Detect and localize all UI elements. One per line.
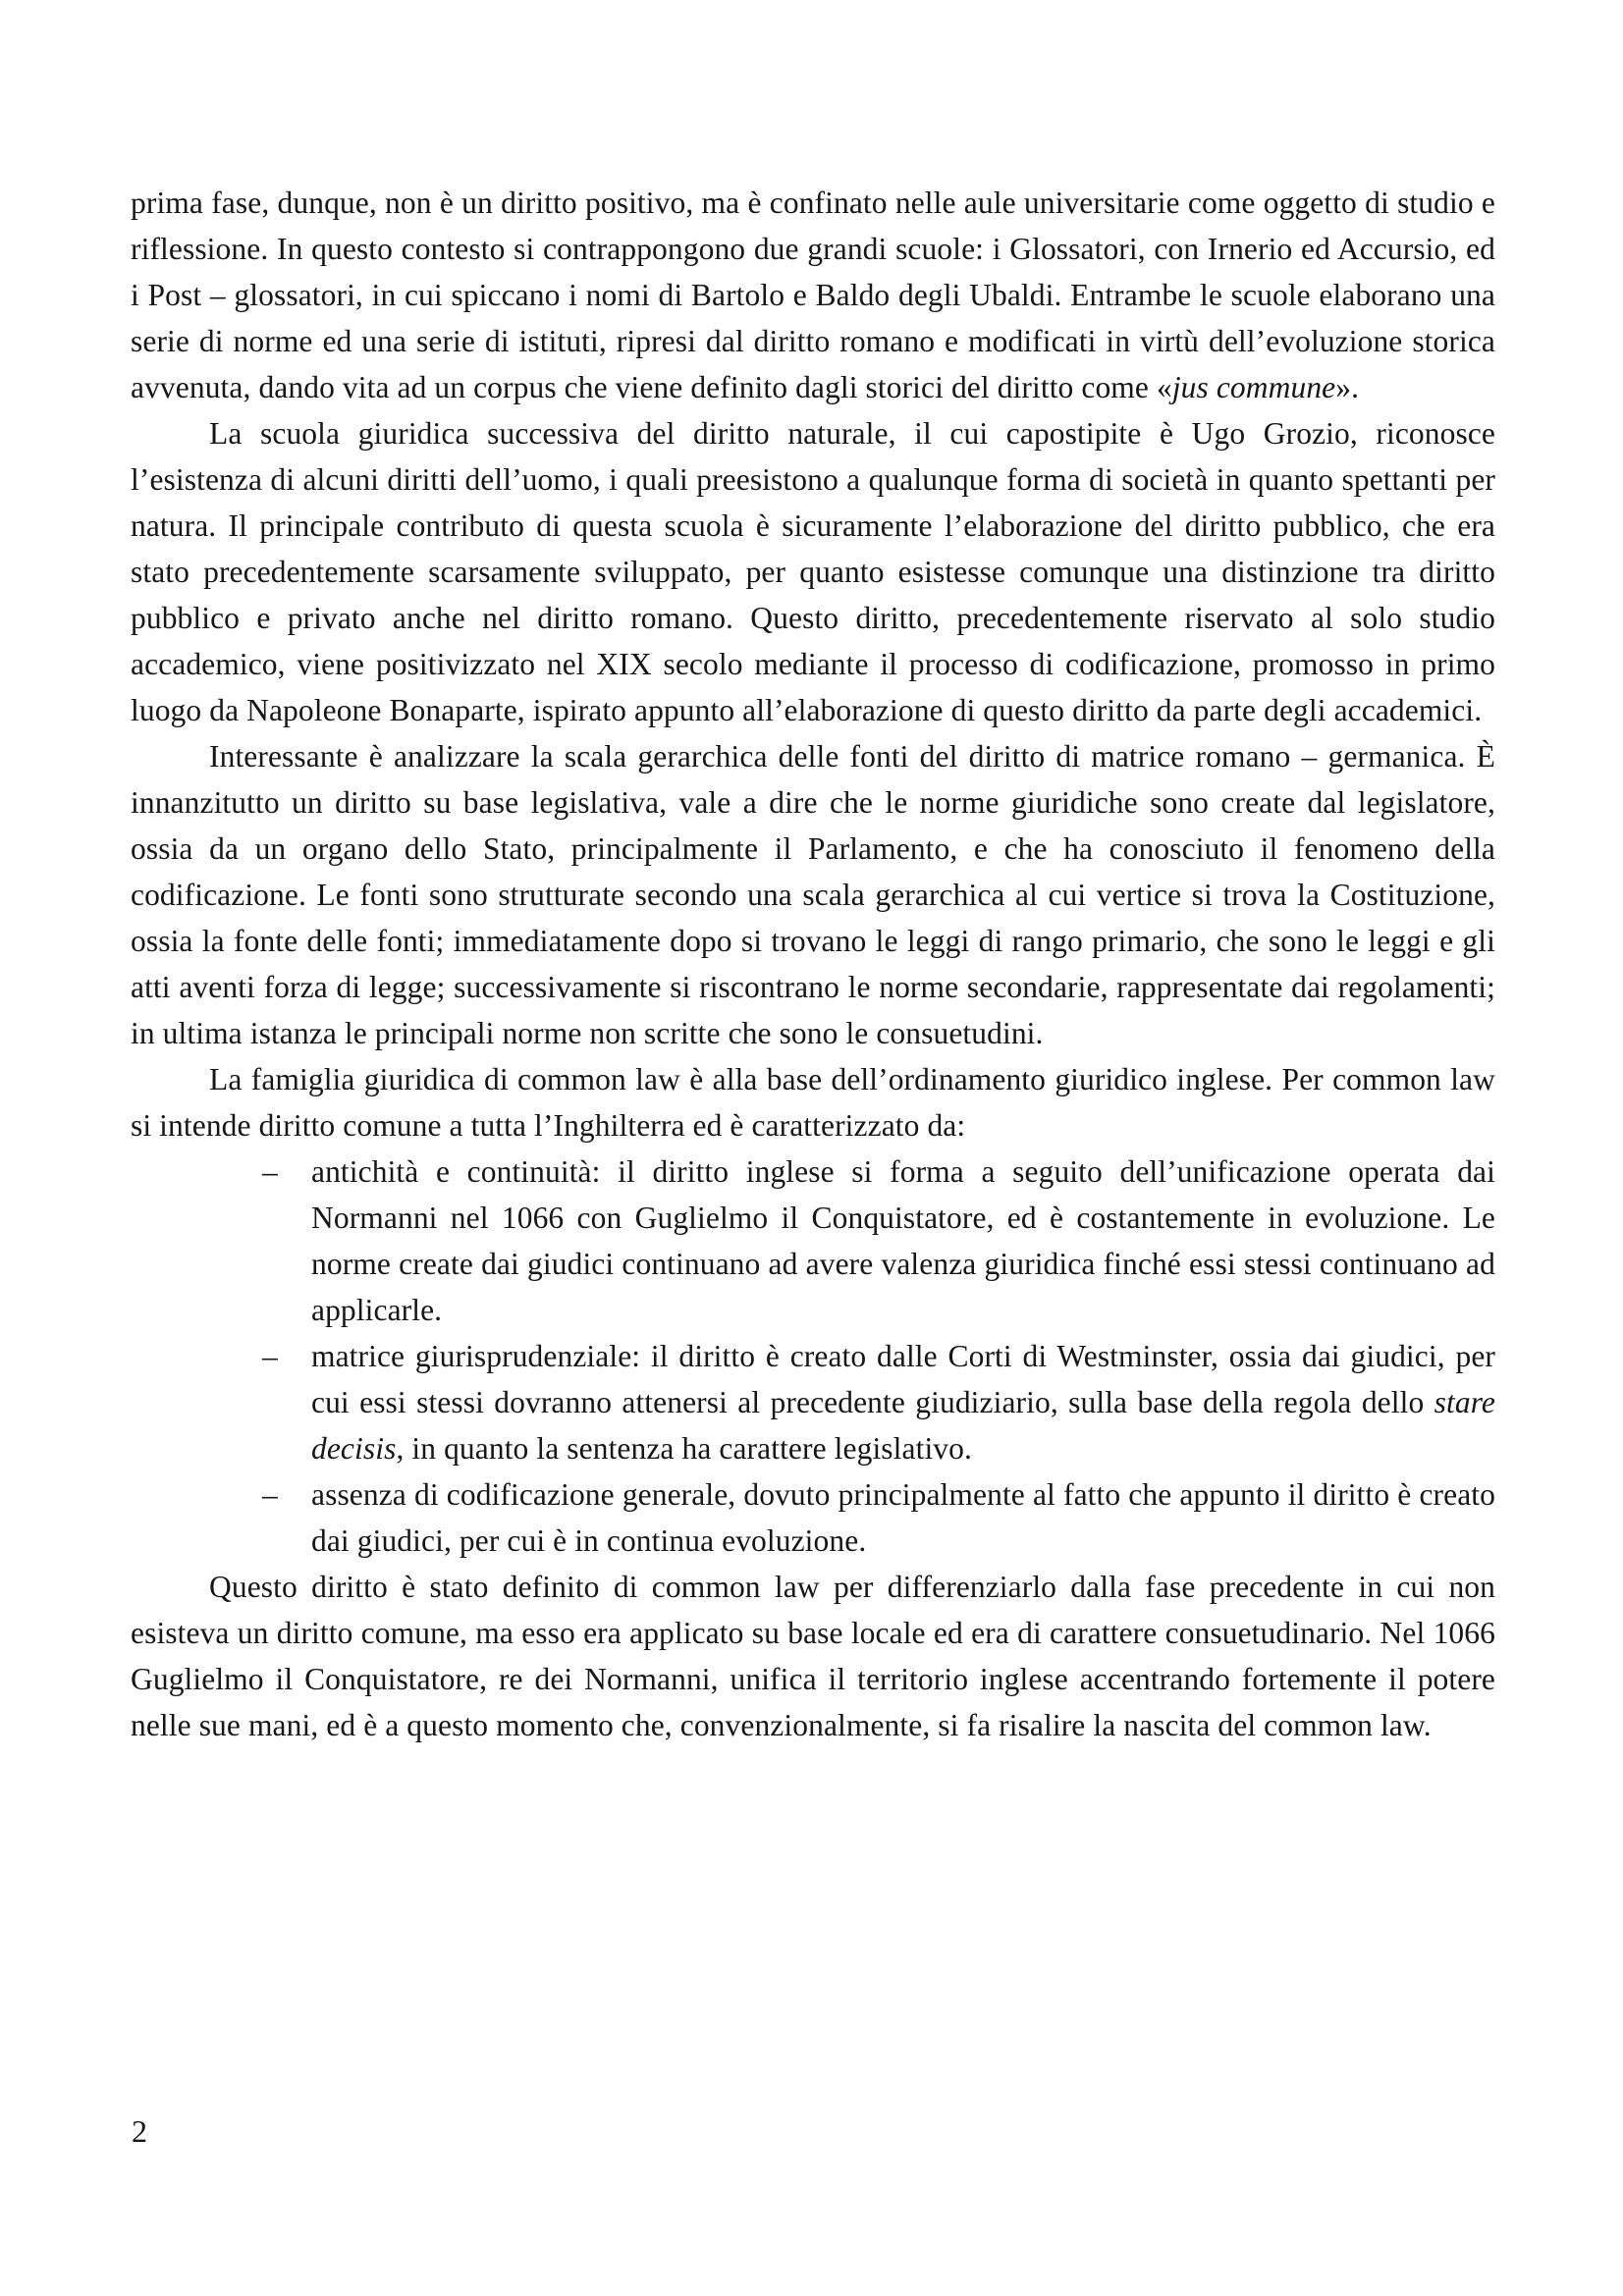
dash-marker: –	[262, 1471, 278, 1518]
paragraph-common-law-intro: La famiglia giuridica di common law è al…	[131, 1056, 1495, 1148]
list-item-text: antichità e continuità: il diritto ingle…	[311, 1154, 1495, 1327]
list-item-text: matrice giurisprudenziale: il diritto è …	[311, 1339, 1495, 1466]
dash-marker: –	[262, 1333, 278, 1379]
list-item-no-codification: – assenza di codificazione generale, dov…	[311, 1471, 1495, 1564]
list-item-jurisprudential: – matrice giurisprudenziale: il diritto …	[311, 1333, 1495, 1471]
list-item-text: , in quanto la sentenza ha carattere leg…	[396, 1431, 972, 1466]
latin-term-italic: jus commune	[1172, 370, 1335, 404]
paragraph-natural-law: La scuola giuridica successiva del dirit…	[131, 410, 1495, 733]
body-text: prima fase, dunque, non è un diritto pos…	[131, 180, 1495, 1748]
document-page: prima fase, dunque, non è un diritto pos…	[0, 0, 1623, 2296]
list-item-antiquity: – antichità e continuità: il diritto ing…	[311, 1148, 1495, 1333]
paragraph-continuation: prima fase, dunque, non è un diritto pos…	[131, 180, 1495, 410]
paragraph-sources-hierarchy: Interessante è analizzare la scala gerar…	[131, 733, 1495, 1056]
page-number: 2	[132, 2109, 147, 2155]
dash-marker: –	[262, 1148, 278, 1195]
dash-list: – antichità e continuità: il diritto ing…	[131, 1148, 1495, 1564]
list-item-text: matrice giurisprudenziale: il diritto è …	[311, 1339, 1495, 1419]
list-item-text: assenza di codificazione generale, dovut…	[311, 1477, 1495, 1558]
paragraph-text: ».	[1335, 370, 1359, 404]
paragraph-common-law-origin: Questo diritto è stato definito di commo…	[131, 1564, 1495, 1748]
